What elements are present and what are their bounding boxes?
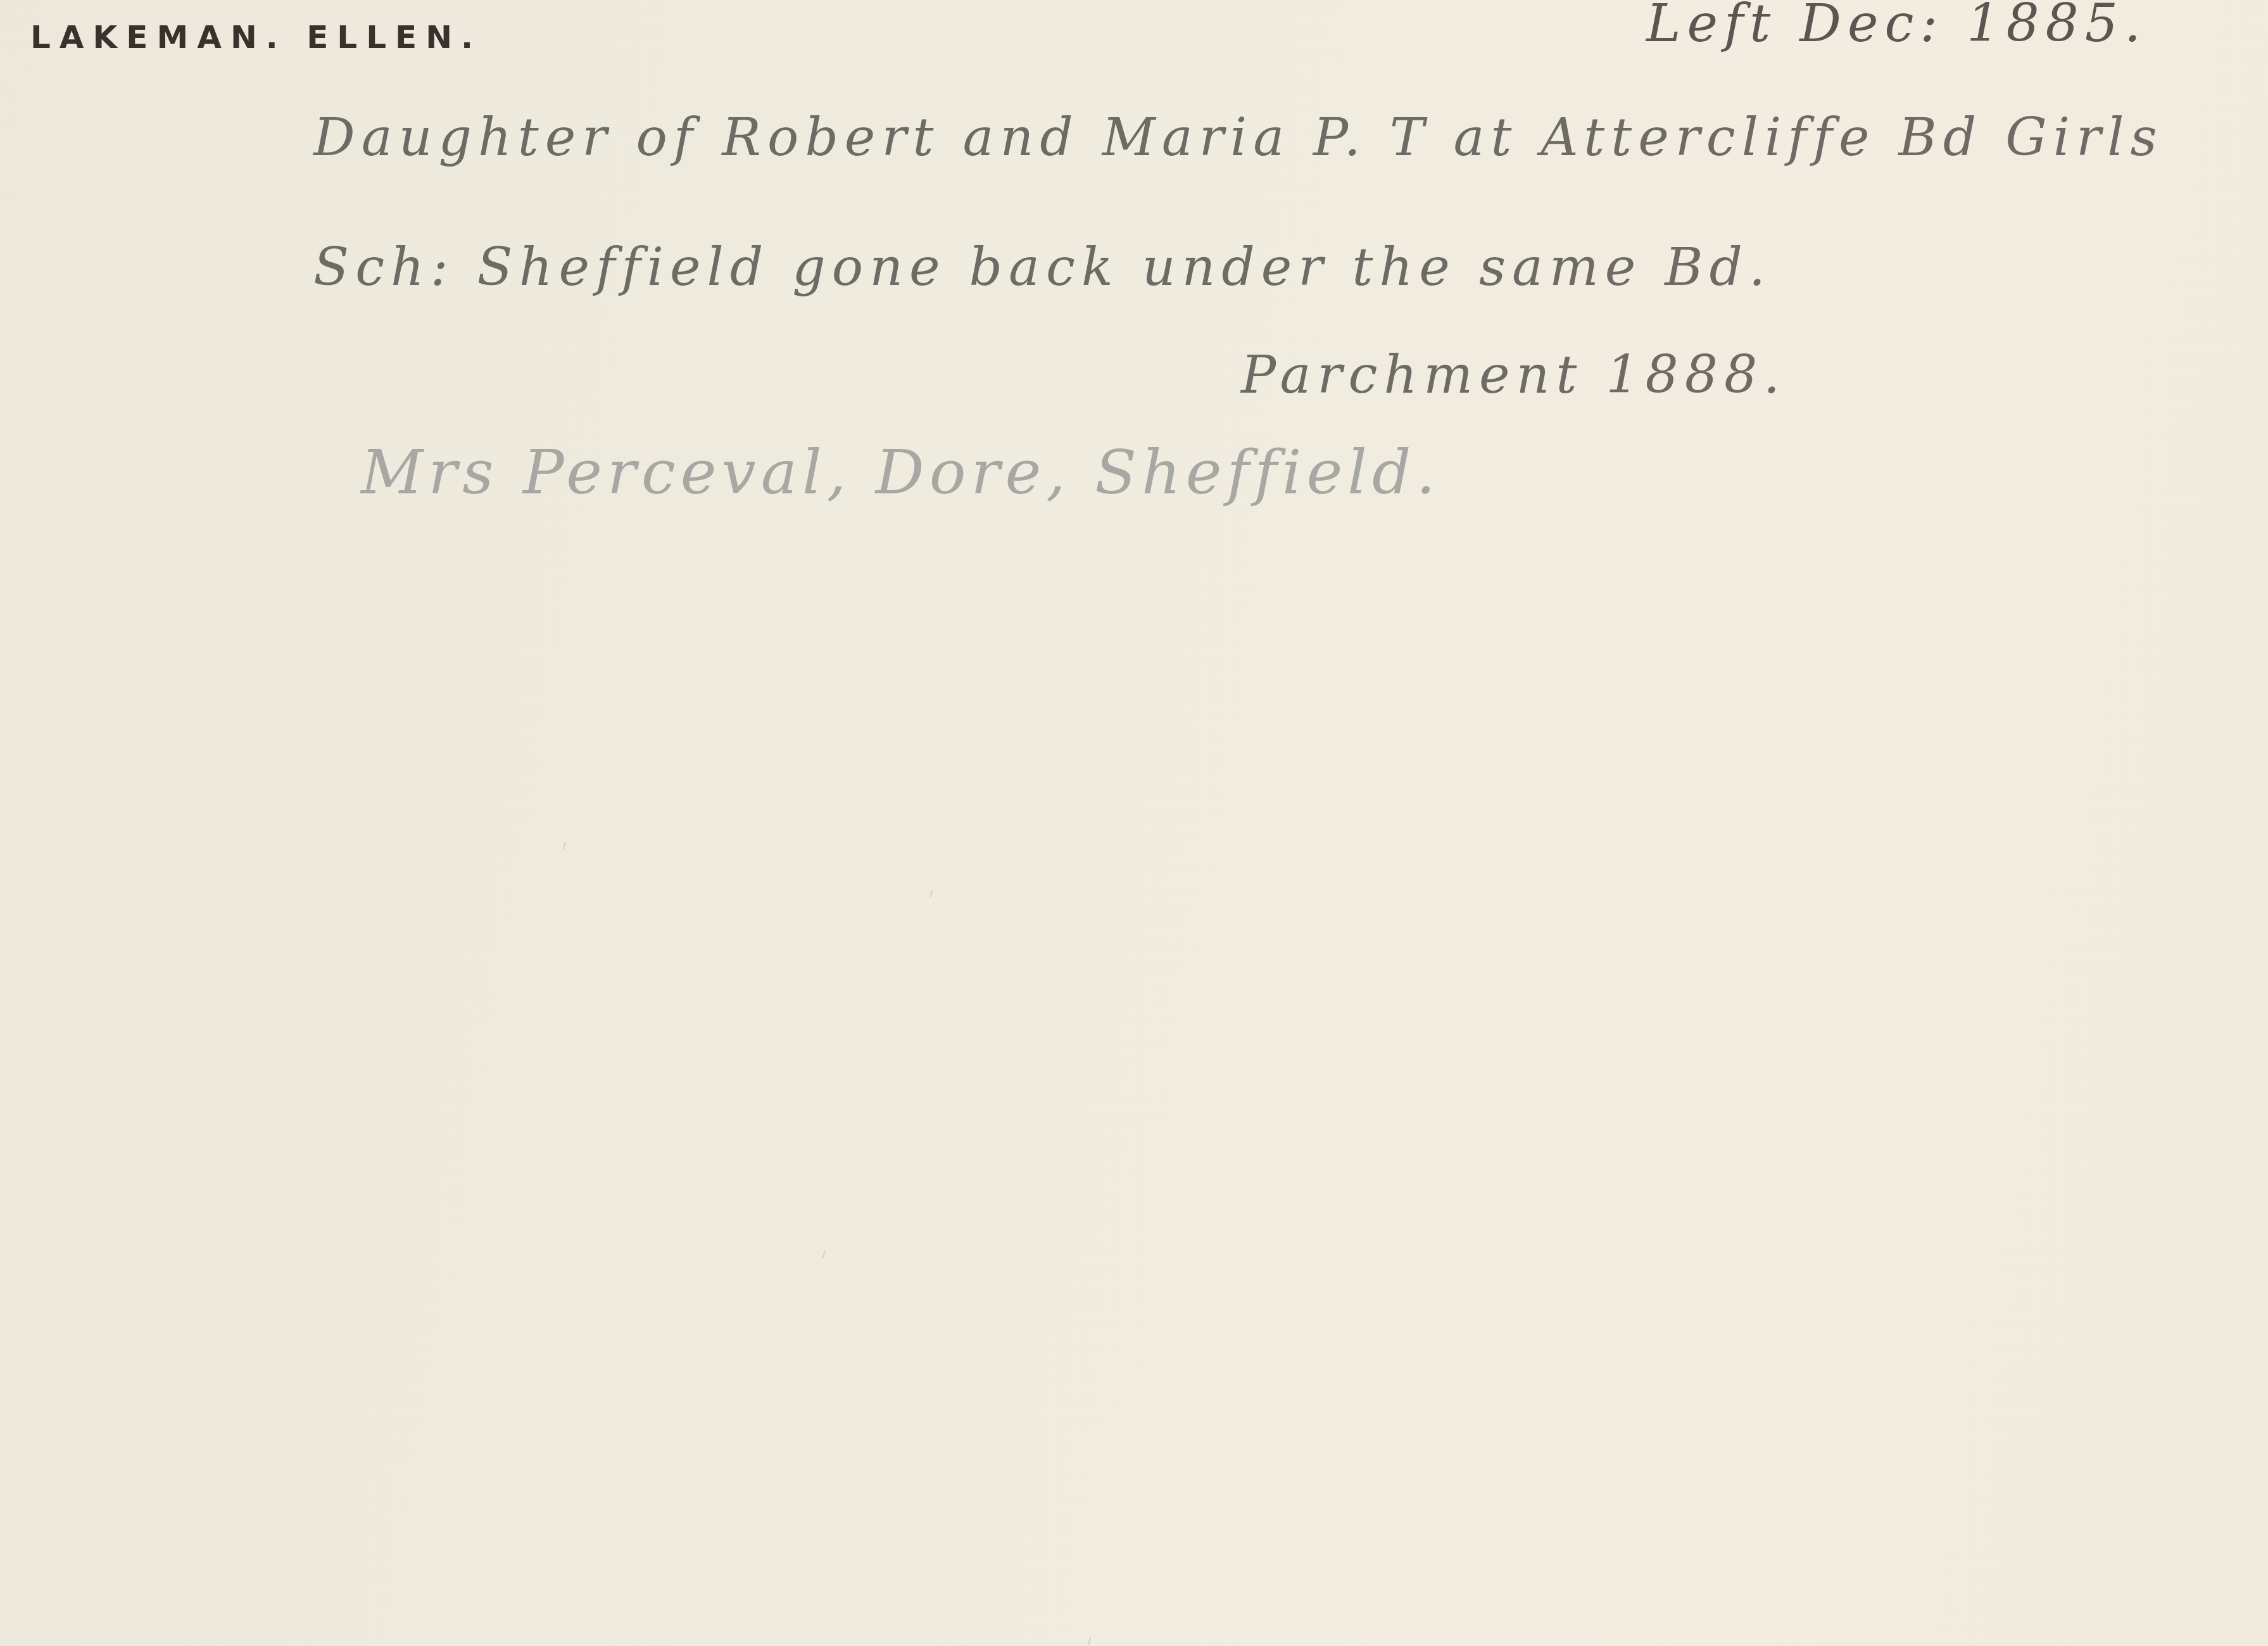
later-address-annotation: Mrs Perceval, Dore, Sheffield. [361,437,1440,508]
paper-fleck [929,890,933,897]
left-date-note: Left Dec: 1885. [1646,0,2147,54]
parchment-note: Parchment 1888. [1241,345,1786,405]
body-line-1: Daughter of Robert and Maria P. T at Att… [313,108,2164,168]
body-line-2: Sch: Sheffield gone back under the same … [313,237,1772,298]
paper-fleck [562,842,565,850]
name-heading: LAKEMAN. ELLEN. [30,19,482,56]
paper-fleck [1088,1637,1091,1645]
paper-fleck [822,1251,825,1258]
document-page: LAKEMAN. ELLEN. Left Dec: 1885. Daughter… [0,0,2268,1646]
